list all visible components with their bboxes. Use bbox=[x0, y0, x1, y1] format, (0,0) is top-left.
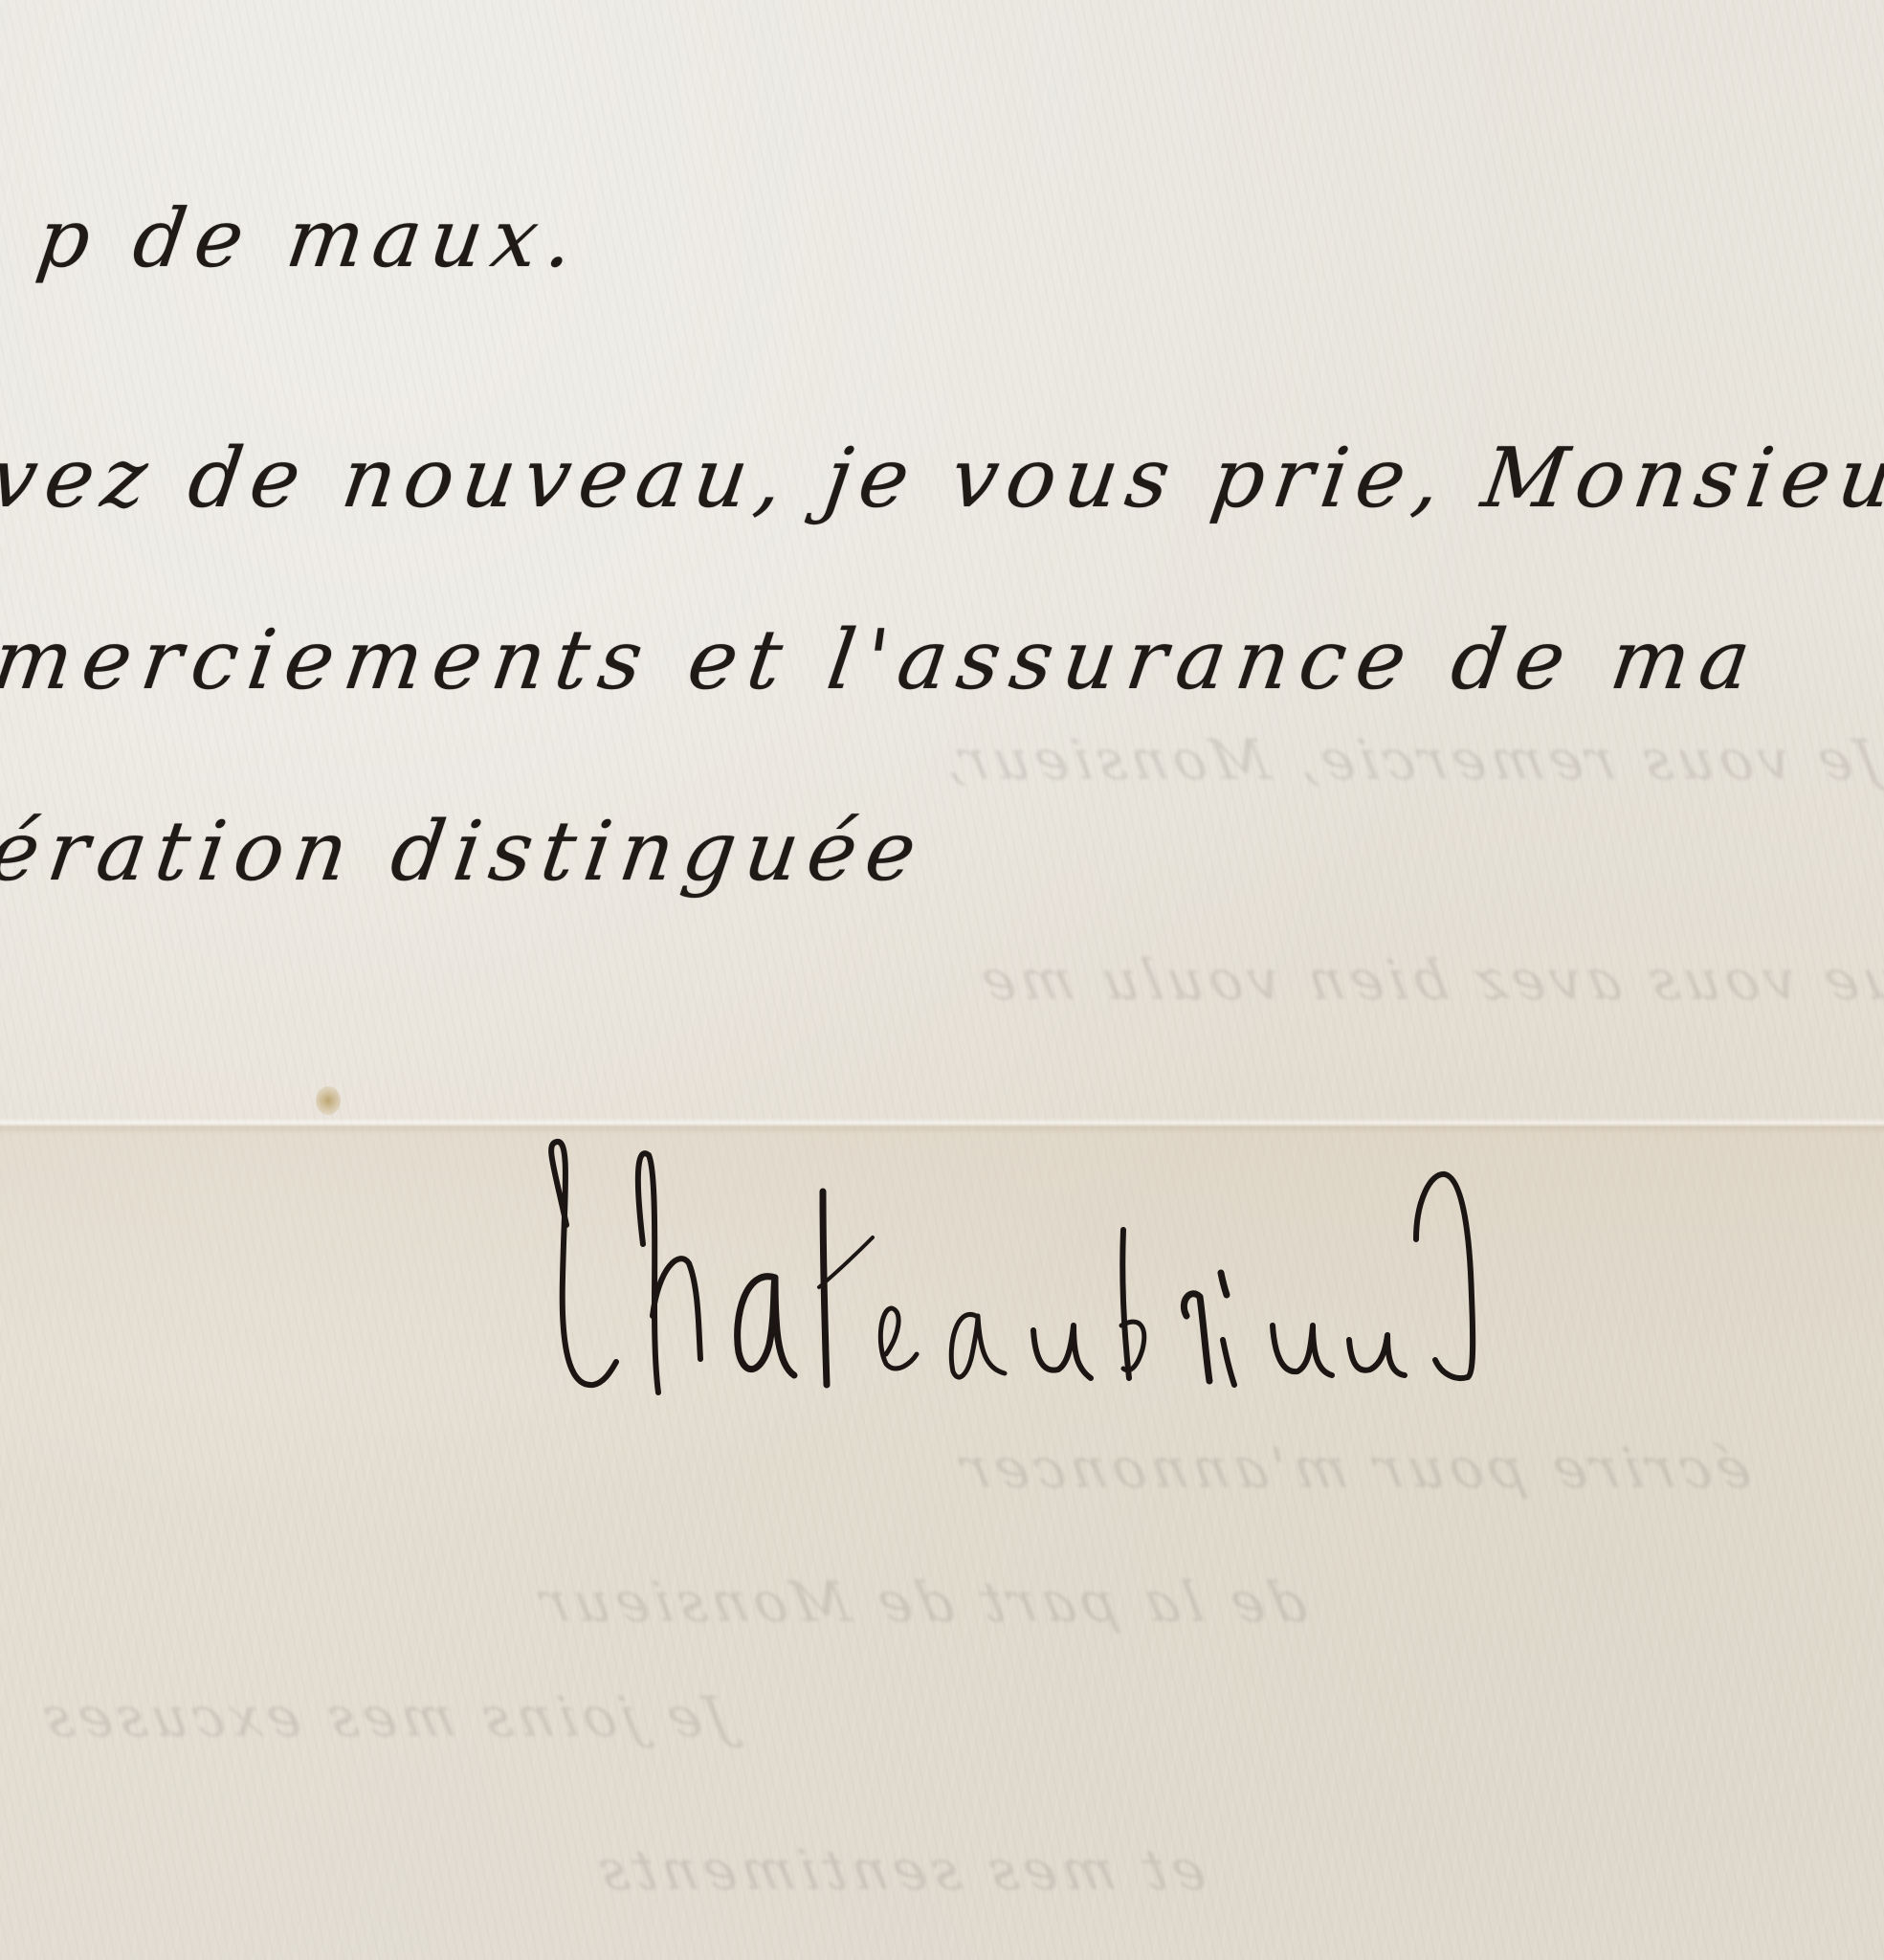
signature-strokes-icon bbox=[536, 1134, 1722, 1412]
show-through-text-6: et mes sentiments bbox=[587, 1837, 1211, 1903]
handwritten-line-2: vez de nouveau, je vous prie, Monsieu bbox=[0, 431, 1884, 526]
handwritten-line-3: merciements et l'assurance de ma bbox=[0, 612, 1766, 708]
show-through-text-5: Je joins mes excuses bbox=[32, 1684, 736, 1749]
show-through-text-2: que vous avez bien voulu me bbox=[969, 947, 1884, 1013]
show-through-text-1: Je vous remercie, Monsieur, bbox=[931, 727, 1884, 792]
fold-crease bbox=[0, 1118, 1884, 1135]
handwritten-line-1: p de maux. bbox=[32, 191, 588, 285]
handwritten-line-4: ération distinguée bbox=[0, 804, 931, 900]
signature: Chateaubriand bbox=[536, 1134, 1722, 1412]
letter-page: Je vous remercie, Monsieur, que vous ave… bbox=[0, 0, 1884, 1960]
show-through-text-3: écrire pour m'annoncer bbox=[950, 1436, 1757, 1501]
show-through-text-4: de la part de Monsieur bbox=[529, 1570, 1312, 1635]
foxing-stain bbox=[316, 1086, 341, 1115]
